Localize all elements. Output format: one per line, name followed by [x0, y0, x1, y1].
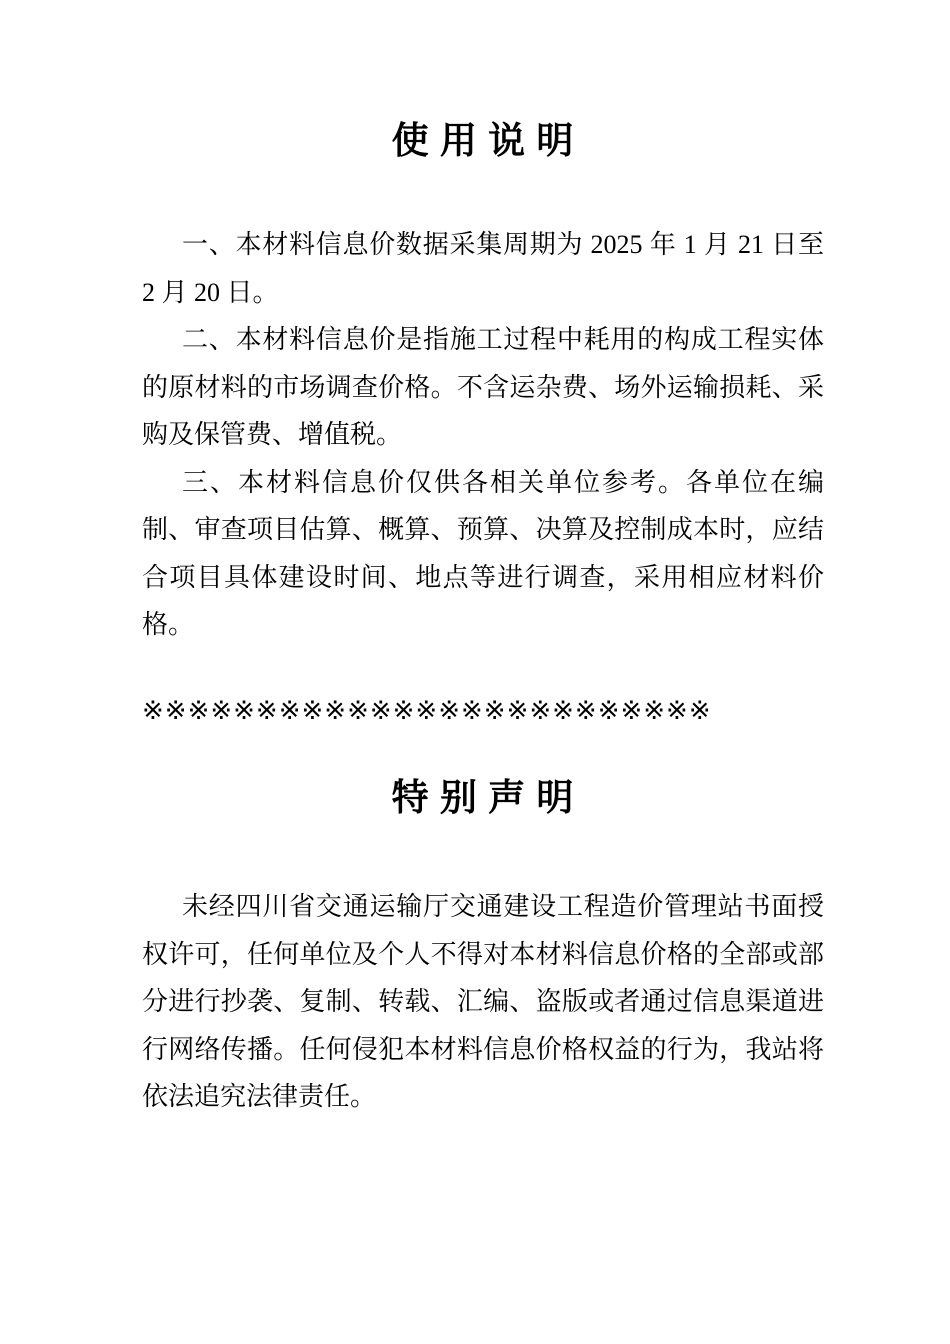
declaration-paragraph-1: 未经四川省交通运输厅交通建设工程造价管理站书面授权许可，任何单位及个人不得对本材… — [142, 883, 824, 1121]
usage-paragraph-3: 三、本材料信息价仅供各相关单位参考。各单位在编制、审查项目估算、概算、预算、决算… — [142, 459, 824, 649]
usage-paragraph-2: 二、本材料信息价是指施工过程中耗用的构成工程实体的原材料的市场调查价格。不含运杂… — [142, 316, 824, 459]
document-page: 使 用 说 明 一、本材料信息价数据采集周期为 2025 年 1 月 21 日至… — [0, 0, 950, 1344]
special-declaration-title: 特 别 声 明 — [142, 774, 824, 824]
usage-instructions-title: 使 用 说 明 — [142, 117, 824, 167]
usage-paragraph-1: 一、本材料信息价数据采集周期为 2025 年 1 月 21 日至 2 月 20 … — [142, 221, 824, 316]
decorative-reference-mark-divider: ※※※※※※※※※※※※※※※※※※※※※※※※※ — [142, 687, 824, 735]
